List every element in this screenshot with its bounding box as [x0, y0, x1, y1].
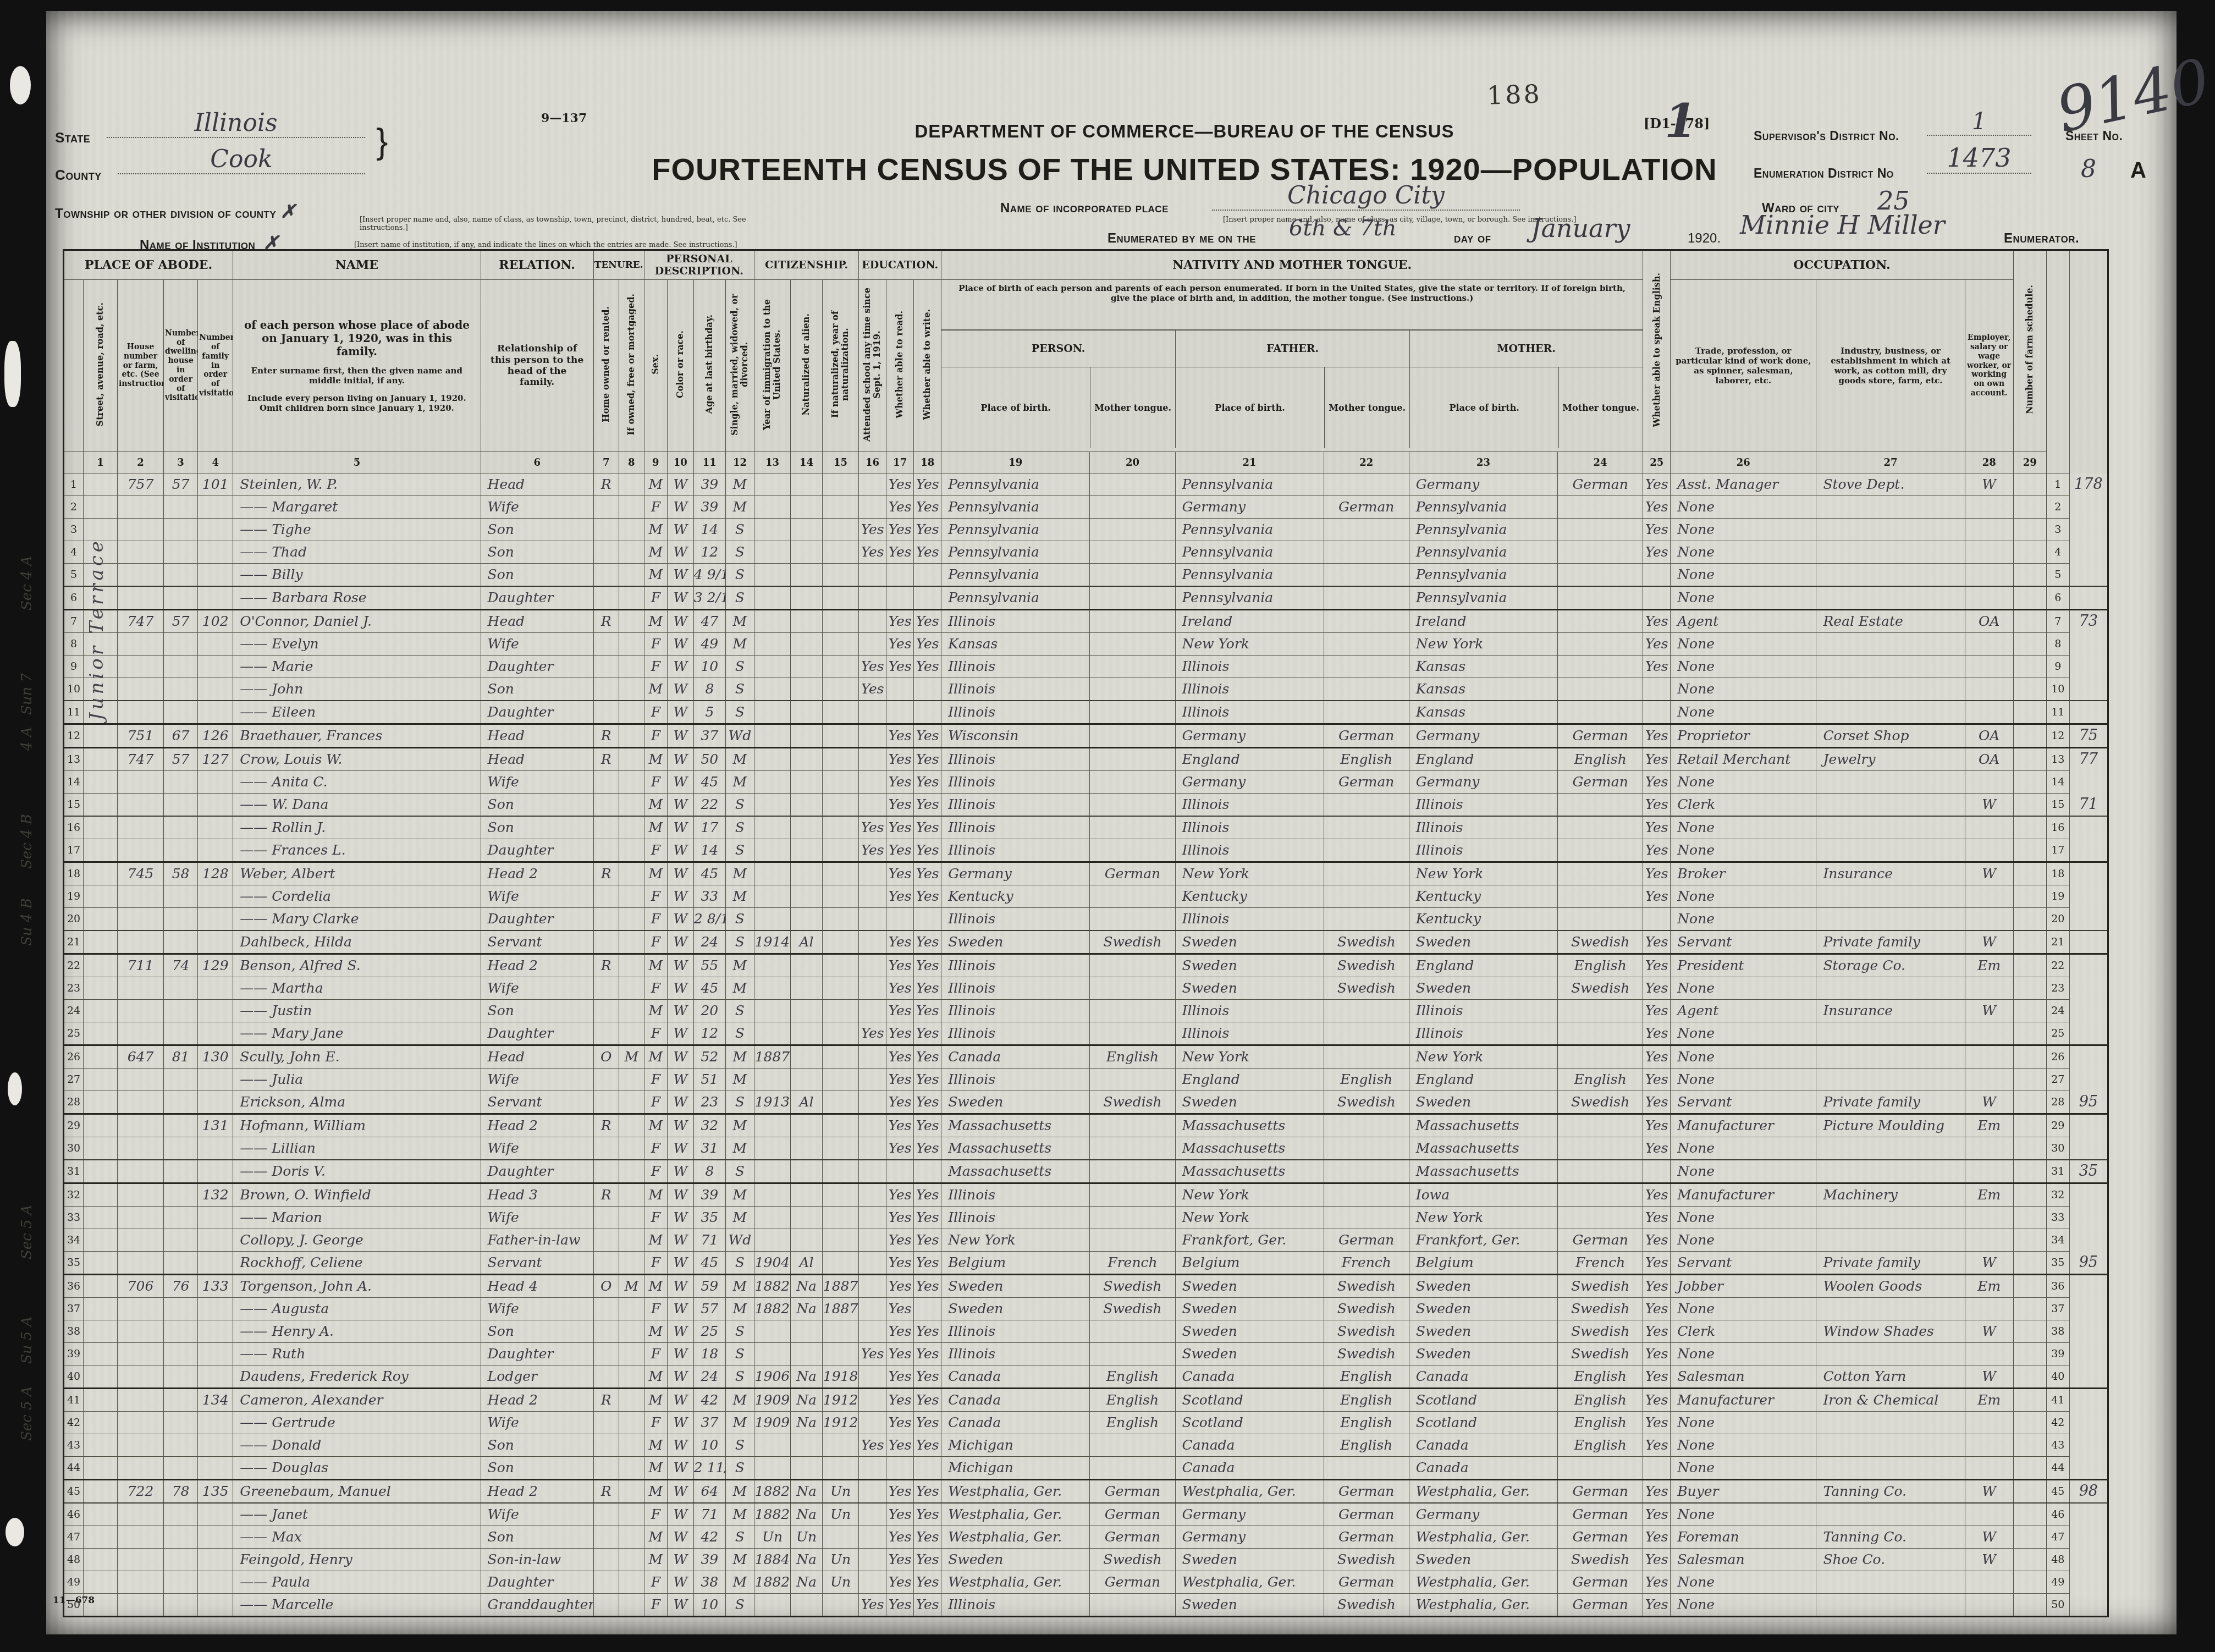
cell-street [84, 1549, 118, 1571]
cell-person-tongue [1090, 633, 1175, 656]
cell-name: —— Douglas [233, 1457, 481, 1480]
cell-dwelling-number [164, 1091, 198, 1114]
cell-relation: Daughter [481, 1343, 593, 1365]
margin-note [2069, 1343, 2108, 1365]
cell-industry [1816, 908, 1965, 931]
cell-read: Yes [886, 519, 914, 541]
cell-father-tongue [1324, 908, 1409, 931]
cell-house-number: 751 [118, 724, 164, 748]
cell-color: W [667, 1320, 693, 1343]
cell-relation: Son [481, 519, 593, 541]
cell-sex: M [644, 1480, 667, 1504]
cell-dwelling-number [164, 1412, 198, 1434]
cell-relation: Servant [481, 930, 593, 954]
cell-farm-schedule [2013, 678, 2046, 701]
cell-farm-schedule [2013, 1298, 2046, 1320]
cell-home-owned [593, 1526, 619, 1549]
cell-read: Yes [886, 1343, 914, 1365]
line-number: 19 [64, 885, 84, 908]
cell-dwelling-number [164, 1434, 198, 1457]
cell-occupation: Asst. Manager [1671, 473, 1816, 496]
cell-age: 31 [693, 1137, 725, 1160]
cell-relation: Wife [481, 1298, 593, 1320]
census-row: 2—— MargaretWifeFW39MYesYesPennsylvaniaG… [64, 496, 2108, 519]
margin-note: 73 [2069, 610, 2108, 633]
cell-farm-schedule [2013, 1343, 2046, 1365]
cell-family-number [198, 564, 233, 587]
cell-farm-schedule [2013, 1389, 2046, 1412]
cell-home-owned [593, 1457, 619, 1480]
cell-family-number [198, 908, 233, 931]
cell-naturalization-year: 1918 [823, 1365, 859, 1389]
incorporated-place-label: Name of incorporated place [1000, 201, 1169, 216]
department-line: DEPARTMENT OF COMMERCE—BUREAU OF THE CEN… [761, 121, 1608, 142]
cell-dwelling-number [164, 908, 198, 931]
cell-family-number [198, 816, 233, 839]
cell-relation: Servant [481, 1091, 593, 1114]
cell-street [84, 1480, 118, 1504]
cell-occupation: None [1671, 1594, 1816, 1617]
cell-age: 45 [693, 977, 725, 1000]
cell-person-tongue [1090, 519, 1175, 541]
cell-sex: M [644, 1000, 667, 1022]
cell-father-birthplace: Westphalia, Ger. [1175, 1480, 1324, 1504]
cell-color: W [667, 1526, 693, 1549]
cell-write: Yes [914, 748, 941, 771]
cell-house-number: 647 [118, 1045, 164, 1069]
cell-mother-tongue [1558, 862, 1643, 885]
margin-note [2069, 1183, 2108, 1207]
cell-person-birthplace: Michigan [941, 1457, 1090, 1480]
film-edge-note: Su 5 A [19, 1317, 35, 1364]
cell-house-number [118, 930, 164, 954]
column-number: 3 [164, 452, 198, 473]
line-number: 18 [64, 862, 84, 885]
cell-house-number [118, 1183, 164, 1207]
cell-mother-birthplace: Canada [1409, 1365, 1557, 1389]
cell-naturalized: Al [791, 930, 823, 954]
cell-write: Yes [914, 1480, 941, 1504]
day-of-label: day of [1454, 231, 1491, 246]
cell-name: —— Rollin J. [233, 816, 481, 839]
cell-home-owned [593, 656, 619, 678]
line-number: 16 [64, 816, 84, 839]
cell-industry [1816, 771, 1965, 794]
cell-color: W [667, 1137, 693, 1160]
cell-sex: F [644, 1252, 667, 1275]
cell-father-birthplace: Illinois [1175, 908, 1324, 931]
line-number: 27 [64, 1069, 84, 1091]
cell-occupation: None [1671, 1434, 1816, 1457]
cell-mother-birthplace: Frankfort, Ger. [1409, 1229, 1557, 1252]
cell-dwelling-number [164, 701, 198, 724]
cell-house-number [118, 1389, 164, 1412]
cell-relation: Wife [481, 633, 593, 656]
cell-read [886, 701, 914, 724]
stamp-188: 188 [1486, 79, 1542, 110]
census-scan: Sec 4 ASun 74 ASec 4 BSu 4 BSec 5 ASu 5 … [0, 0, 2215, 1652]
census-row: 50—— MarcelleGranddaughterFW10SYesYesYes… [64, 1594, 2108, 1617]
cell-street [84, 794, 118, 817]
cell-father-tongue: Swedish [1324, 1343, 1409, 1365]
census-row: 23—— MarthaWifeFW45MYesYesIllinoisSweden… [64, 977, 2108, 1000]
cell-person-tongue [1090, 473, 1175, 496]
cell-house-number [118, 908, 164, 931]
cell-naturalization-year [823, 586, 859, 610]
cell-person-birthplace: Illinois [941, 610, 1090, 633]
cell-speaks-english: Yes [1643, 1183, 1671, 1207]
column-number: 19 [941, 452, 1090, 473]
margin-note: 95 [2069, 1252, 2108, 1275]
cell-person-birthplace: Kentucky [941, 885, 1090, 908]
line-number: 45 [64, 1480, 84, 1504]
cell-marital: M [725, 748, 754, 771]
cell-father-tongue [1324, 839, 1409, 862]
cell-employment [1965, 885, 2013, 908]
cell-school [859, 1389, 886, 1412]
line-number: 4 [64, 541, 84, 564]
cell-owned-free [619, 610, 644, 633]
column-immigration-year: Year of immigration to the United States… [754, 280, 790, 452]
line-number: 41 [64, 1389, 84, 1412]
column-number: 13 [754, 452, 790, 473]
cell-relation: Wife [481, 1069, 593, 1091]
cell-family-number [198, 1549, 233, 1571]
cell-naturalized [791, 1000, 823, 1022]
cell-owned-free [619, 586, 644, 610]
cell-home-owned: R [593, 1480, 619, 1504]
cell-color: W [667, 1389, 693, 1412]
cell-employment: OA [1965, 724, 2013, 748]
cell-father-birthplace: Germany [1175, 724, 1324, 748]
line-number: 32 [2046, 1183, 2069, 1207]
cell-owned-free [619, 1503, 644, 1526]
cell-industry: Shoe Co. [1816, 1549, 1965, 1571]
cell-name: —— Anita C. [233, 771, 481, 794]
cell-occupation: None [1671, 701, 1816, 724]
census-row: 29131Hofmann, WilliamHead 2RMW32MYesYesM… [64, 1114, 2108, 1137]
township-label: Township or other division of county ✗ [55, 201, 296, 223]
cell-occupation: None [1671, 771, 1816, 794]
cell-family-number: 132 [198, 1183, 233, 1207]
cell-dwelling-number [164, 1183, 198, 1207]
cell-family-number: 133 [198, 1275, 233, 1298]
cell-mother-tongue [1558, 839, 1643, 862]
cell-dwelling-number: 57 [164, 610, 198, 633]
column-number: 29 [2013, 452, 2046, 473]
cell-sex: M [644, 473, 667, 496]
cell-school [859, 1526, 886, 1549]
cell-farm-schedule [2013, 816, 2046, 839]
cell-person-birthplace: Wisconsin [941, 724, 1090, 748]
cell-mother-tongue [1558, 794, 1643, 817]
cell-mother-tongue: English [1558, 954, 1643, 977]
cell-employment: Em [1965, 1183, 2013, 1207]
cell-father-tongue [1324, 1183, 1409, 1207]
cell-home-owned: R [593, 473, 619, 496]
cell-write: Yes [914, 930, 941, 954]
column-naturalization-year: If naturalized, year of naturalization. [823, 280, 859, 452]
cell-person-tongue [1090, 1434, 1175, 1457]
cell-mother-tongue: German [1558, 1480, 1643, 1504]
cell-mother-tongue: German [1558, 1229, 1643, 1252]
cell-marital: S [725, 1160, 754, 1183]
cell-school [859, 1365, 886, 1389]
cell-immigration-year [754, 885, 790, 908]
cell-read: Yes [886, 473, 914, 496]
cell-immigration-year: 1882 [754, 1298, 790, 1320]
cell-industry [1816, 1412, 1965, 1434]
cell-mother-tongue: German [1558, 1571, 1643, 1594]
cell-read: Yes [886, 1594, 914, 1617]
cell-naturalization-year: Un [823, 1571, 859, 1594]
cell-naturalized: Na [791, 1275, 823, 1298]
cell-home-owned [593, 1137, 619, 1160]
cell-color: W [667, 1457, 693, 1480]
cell-name: —— Cordelia [233, 885, 481, 908]
cell-occupation: None [1671, 1207, 1816, 1229]
cell-dwelling-number [164, 1526, 198, 1549]
cell-home-owned: R [593, 748, 619, 771]
cell-house-number [118, 1320, 164, 1343]
cell-sex: M [644, 1549, 667, 1571]
cell-read: Yes [886, 1069, 914, 1091]
cell-family-number [198, 1207, 233, 1229]
cell-father-tongue: Swedish [1324, 977, 1409, 1000]
cell-house-number [118, 1207, 164, 1229]
margin-note [2069, 633, 2108, 656]
cell-father-birthplace: Illinois [1175, 701, 1324, 724]
cell-industry [1816, 1022, 1965, 1045]
cell-color: W [667, 816, 693, 839]
cell-person-birthplace: Sweden [941, 1298, 1090, 1320]
cell-home-owned [593, 1069, 619, 1091]
cell-house-number [118, 586, 164, 610]
margin-note: 71 [2069, 794, 2108, 817]
cell-color: W [667, 839, 693, 862]
cell-house-number [118, 519, 164, 541]
cell-person-tongue [1090, 678, 1175, 701]
column-number: 7 [593, 452, 619, 473]
cell-dwelling-number [164, 1503, 198, 1526]
cell-person-birthplace: Illinois [941, 656, 1090, 678]
line-number: 50 [2046, 1594, 2069, 1617]
census-row: 3670676133Torgenson, John A.Head 4OMMW59… [64, 1275, 2108, 1298]
cell-farm-schedule [2013, 1137, 2046, 1160]
cell-farm-schedule [2013, 1252, 2046, 1275]
cell-person-tongue [1090, 1229, 1175, 1252]
margin-note [2069, 1434, 2108, 1457]
line-number: 46 [64, 1503, 84, 1526]
cell-person-tongue [1090, 496, 1175, 519]
cell-street [84, 908, 118, 931]
cell-mother-birthplace: Sweden [1409, 1298, 1557, 1320]
cell-speaks-english: Yes [1643, 816, 1671, 839]
column-employer: Employer, salary or wage worker, or work… [1965, 280, 2013, 452]
cell-mother-tongue: German [1558, 1526, 1643, 1549]
cell-name: —— John [233, 678, 481, 701]
mother-tongue-label: Mother tongue. [1559, 367, 1643, 448]
cell-person-birthplace: Illinois [941, 1343, 1090, 1365]
cell-farm-schedule [2013, 1365, 2046, 1389]
cell-speaks-english: Yes [1643, 1343, 1671, 1365]
cell-owned-free [619, 1571, 644, 1594]
cell-father-tongue: English [1324, 1365, 1409, 1389]
cell-father-birthplace: Belgium [1175, 1252, 1324, 1275]
cell-read [886, 678, 914, 701]
cell-age: 49 [693, 633, 725, 656]
cell-relation: Wife [481, 885, 593, 908]
cell-mother-birthplace: Sweden [1409, 1343, 1557, 1365]
column-owned-free: If owned, free or mortgaged. [619, 280, 644, 452]
cell-color: W [667, 1160, 693, 1183]
cell-speaks-english: Yes [1643, 1503, 1671, 1526]
cell-immigration-year: 1914 [754, 930, 790, 954]
cell-school [859, 586, 886, 610]
cell-color: W [667, 496, 693, 519]
cell-sex: M [644, 1114, 667, 1137]
cell-family-number: 135 [198, 1480, 233, 1504]
cell-relation: Son [481, 678, 593, 701]
census-row: 774757102O'Connor, Daniel J.HeadRMW47MYe… [64, 610, 2108, 633]
cell-person-birthplace: Illinois [941, 1000, 1090, 1022]
cell-sex: M [644, 1183, 667, 1207]
cell-mother-tongue [1558, 1114, 1643, 1137]
cell-sex: F [644, 885, 667, 908]
cell-person-birthplace: Illinois [941, 977, 1090, 1000]
cell-house-number [118, 1365, 164, 1389]
cell-color: W [667, 1365, 693, 1389]
cell-mother-birthplace: Sweden [1409, 977, 1557, 1000]
cell-dwelling-number [164, 678, 198, 701]
cell-immigration-year [754, 862, 790, 885]
cell-school: Yes [859, 816, 886, 839]
cell-street [84, 1137, 118, 1160]
cell-color: W [667, 1434, 693, 1457]
cell-color: W [667, 519, 693, 541]
cell-marital: M [725, 610, 754, 633]
cell-naturalization-year [823, 1000, 859, 1022]
cell-color: W [667, 862, 693, 885]
line-number: 39 [2046, 1343, 2069, 1365]
cell-naturalized [791, 794, 823, 817]
cell-naturalization-year [823, 1207, 859, 1229]
cell-speaks-english: Yes [1643, 1480, 1671, 1504]
cell-owned-free [619, 977, 644, 1000]
cell-school [859, 1000, 886, 1022]
cell-house-number [118, 1252, 164, 1275]
cell-employment: W [1965, 1549, 2013, 1571]
cell-relation: Son [481, 1526, 593, 1549]
cell-home-owned: R [593, 1183, 619, 1207]
cell-owned-free [619, 1412, 644, 1434]
cell-owned-free [619, 701, 644, 724]
cell-occupation: None [1671, 1503, 1816, 1526]
cell-father-birthplace: New York [1175, 1207, 1324, 1229]
cell-industry [1816, 1434, 1965, 1457]
cell-naturalization-year [823, 885, 859, 908]
cell-sex: F [644, 908, 667, 931]
cell-street [84, 1160, 118, 1183]
cell-farm-schedule [2013, 794, 2046, 817]
cell-father-tongue: Swedish [1324, 1549, 1409, 1571]
cell-person-birthplace: Illinois [941, 1320, 1090, 1343]
cell-immigration-year [754, 1000, 790, 1022]
cell-mother-birthplace: Germany [1409, 1503, 1557, 1526]
cell-dwelling-number: 81 [164, 1045, 198, 1069]
cell-employment: Em [1965, 1275, 2013, 1298]
column-read: Whether able to read. [886, 280, 914, 452]
cell-read: Yes [886, 1114, 914, 1137]
margin-note [2069, 771, 2108, 794]
cell-name: —— Eileen [233, 701, 481, 724]
cell-naturalization-year [823, 908, 859, 931]
cell-person-birthplace: Westphalia, Ger. [941, 1480, 1090, 1504]
cell-person-birthplace: Massachusetts [941, 1114, 1090, 1137]
cell-father-birthplace: Massachusetts [1175, 1137, 1324, 1160]
cell-farm-schedule [2013, 1275, 2046, 1298]
cell-mother-tongue: English [1558, 1069, 1643, 1091]
cell-relation: Head [481, 724, 593, 748]
cell-speaks-english: Yes [1643, 1137, 1671, 1160]
film-artifact [8, 1072, 22, 1105]
cell-relation: Head 2 [481, 1114, 593, 1137]
cell-speaks-english: Yes [1643, 1069, 1671, 1091]
cell-occupation: None [1671, 1160, 1816, 1183]
cell-owned-free [619, 1298, 644, 1320]
cell-person-tongue: French [1090, 1252, 1175, 1275]
cell-write: Yes [914, 633, 941, 656]
column-number: 14 [791, 452, 823, 473]
cell-naturalization-year [823, 701, 859, 724]
cell-immigration-year: 1882 [754, 1571, 790, 1594]
cell-owned-free [619, 1320, 644, 1343]
cell-school [859, 1571, 886, 1594]
cell-mother-tongue: Swedish [1558, 930, 1643, 954]
cell-name: —— Lillian [233, 1137, 481, 1160]
cell-mother-birthplace: Kansas [1409, 656, 1557, 678]
cell-father-birthplace: Sweden [1175, 1320, 1324, 1343]
cell-naturalization-year [823, 1594, 859, 1617]
cell-school [859, 930, 886, 954]
cell-school: Yes [859, 1343, 886, 1365]
cell-mother-birthplace: New York [1409, 862, 1557, 885]
cell-dwelling-number [164, 1594, 198, 1617]
cell-farm-schedule [2013, 1000, 2046, 1022]
census-row: 35Rockhoff, CelieneServantFW45S1904AlYes… [64, 1252, 2108, 1275]
nativity-father-group: FATHER. Place of birth. Mother tongue. [1176, 331, 1410, 448]
cell-industry [1816, 678, 1965, 701]
cell-sex: M [644, 816, 667, 839]
cell-industry: Real Estate [1816, 610, 1965, 633]
cell-home-owned: R [593, 724, 619, 748]
cell-write: Yes [914, 473, 941, 496]
cell-naturalized [791, 496, 823, 519]
cell-street [84, 1000, 118, 1022]
cell-age: 14 [693, 839, 725, 862]
line-number: 45 [2046, 1480, 2069, 1504]
cell-mother-birthplace: Belgium [1409, 1252, 1557, 1275]
cell-house-number [118, 1571, 164, 1594]
cell-name: —— Justin [233, 1000, 481, 1022]
margin-note: 77 [2069, 748, 2108, 771]
cell-farm-schedule [2013, 885, 2046, 908]
cell-employment [1965, 839, 2013, 862]
cell-name: —— Henry A. [233, 1320, 481, 1343]
cell-naturalized [791, 1137, 823, 1160]
cell-person-tongue [1090, 1114, 1175, 1137]
cell-sex: F [644, 724, 667, 748]
